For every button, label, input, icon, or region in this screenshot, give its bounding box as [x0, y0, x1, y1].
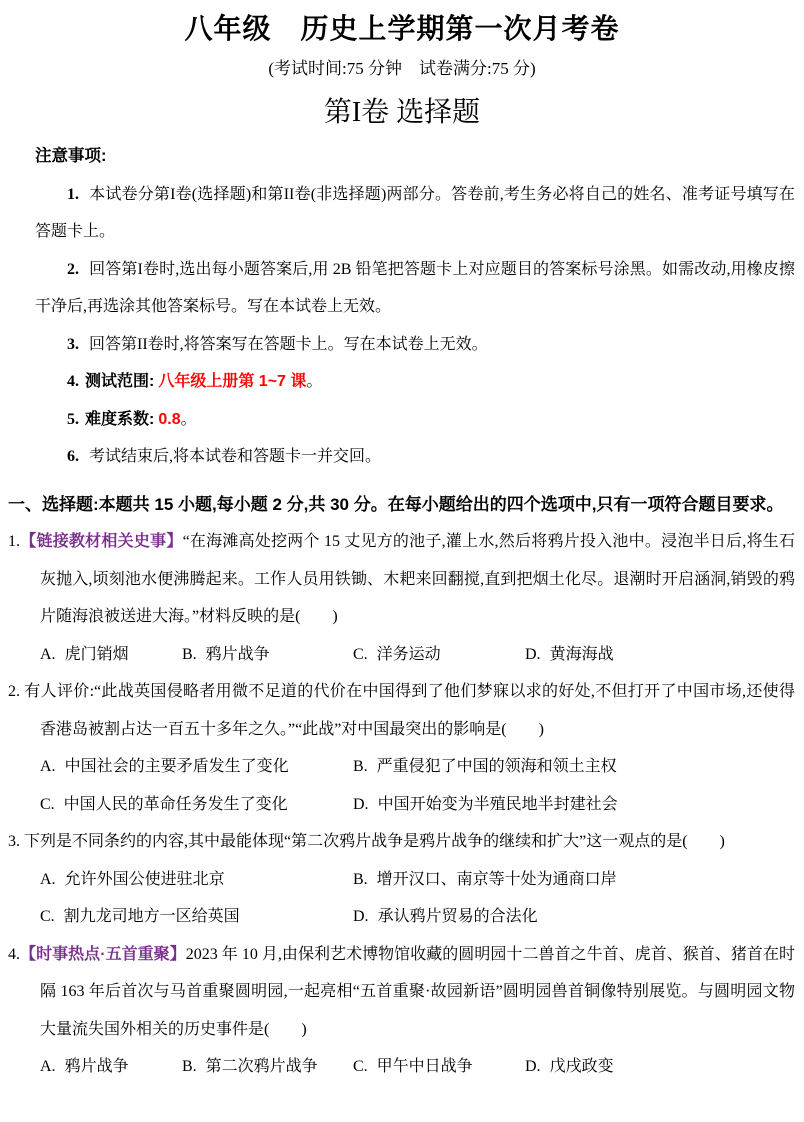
- option-label: A.: [40, 1058, 56, 1075]
- notice-item-6: 6.考试结束后,将本试卷和答题卡一并交回。: [35, 438, 795, 476]
- exam-paper-page: 八年级 历史上学期第一次月考卷 (考试时间:75 分钟 试卷满分:75 分) 第…: [0, 0, 804, 1122]
- notice-number: 2.: [67, 261, 79, 278]
- question-number: 4.: [8, 946, 20, 963]
- option-b: B.第二次鸦片战争: [182, 1048, 353, 1086]
- notice-number: 4.: [67, 373, 79, 390]
- option-text: 中国人民的革命任务发生了变化: [64, 796, 288, 813]
- option-d: D.承认鸦片贸易的合法化: [353, 898, 795, 936]
- option-text: 洋务运动: [377, 646, 441, 663]
- question-number: 1.: [8, 533, 20, 550]
- option-d: D.戊戌政变: [525, 1048, 795, 1086]
- option-label: D.: [525, 646, 541, 663]
- notice-suffix: 。: [181, 411, 197, 428]
- question-3-stem: 3. 下列是不同条约的内容,其中最能体现“第二次鸦片战争是鸦片战争的继续和扩大”…: [8, 823, 795, 861]
- notice-number: 1.: [67, 186, 79, 203]
- notice-item-1: 1.本试卷分第I卷(选择题)和第II卷(非选择题)两部分。答卷前,考生务必将自己…: [35, 176, 795, 251]
- option-text: 黄海海战: [550, 646, 614, 663]
- notice-number: 6.: [67, 448, 79, 465]
- volume-title: 第I卷 选择题: [0, 88, 804, 138]
- paper-title: 八年级 历史上学期第一次月考卷: [0, 0, 804, 50]
- option-d: D.黄海海战: [525, 636, 795, 674]
- option-label: B.: [353, 871, 368, 888]
- question-2-options-row-1: A.中国社会的主要矛盾发生了变化 B.严重侵犯了中国的领海和领土主权: [40, 748, 795, 786]
- question-number: 2.: [8, 683, 20, 700]
- question-3: 3. 下列是不同条约的内容,其中最能体现“第二次鸦片战争是鸦片战争的继续和扩大”…: [8, 823, 795, 936]
- option-label: D.: [353, 908, 369, 925]
- option-text: 鸦片战争: [65, 1058, 129, 1075]
- option-label: A.: [40, 758, 56, 775]
- option-label: D.: [525, 1058, 541, 1075]
- option-text: 承认鸦片贸易的合法化: [378, 908, 538, 925]
- question-3-options-row-2: C.割九龙司地方一区给英国 D.承认鸦片贸易的合法化: [40, 898, 795, 936]
- option-text: 虎门销烟: [65, 646, 129, 663]
- option-label: A.: [40, 871, 56, 888]
- option-b: B.鸦片战争: [182, 636, 353, 674]
- question-1-stem: 1.【链接教材相关史事】“在海滩高处挖两个 15 丈见方的池子,灌上水,然后将鸦…: [8, 523, 795, 636]
- notice-text: 回答第I卷时,选出每小题答案后,用 2B 铅笔把答题卡上对应题目的答案标号涂黑。…: [35, 261, 795, 316]
- option-b: B.严重侵犯了中国的领海和领土主权: [353, 748, 795, 786]
- notice-text: 回答第II卷时,将答案写在答题卡上。写在本试卷上无效。: [89, 336, 488, 353]
- option-label: B.: [182, 646, 197, 663]
- option-c: C.割九龙司地方一区给英国: [40, 898, 353, 936]
- option-text: 甲午中日战争: [377, 1058, 473, 1075]
- question-1-options: A.虎门销烟 B.鸦片战争 C.洋务运动 D.黄海海战: [40, 636, 795, 674]
- notice-label: 难度系数:: [85, 411, 154, 428]
- question-tag: 【时事热点·五首重聚】: [20, 946, 186, 963]
- notice-number: 5.: [67, 411, 79, 428]
- option-text: 中国社会的主要矛盾发生了变化: [65, 758, 289, 775]
- notices-section: 注意事项: 1.本试卷分第I卷(选择题)和第II卷(非选择题)两部分。答卷前,考…: [35, 138, 795, 476]
- notice-item-2: 2.回答第I卷时,选出每小题答案后,用 2B 铅笔把答题卡上对应题目的答案标号涂…: [35, 251, 795, 326]
- option-text: 中国开始变为半殖民地半封建社会: [378, 796, 618, 813]
- option-text: 增开汉口、南京等十处为通商口岸: [377, 871, 617, 888]
- option-text: 割九龙司地方一区给英国: [64, 908, 240, 925]
- section-one-heading: 一、选择题:本题共 15 小题,每小题 2 分,共 30 分。在每小题给出的四个…: [8, 486, 795, 524]
- notices-heading: 注意事项:: [35, 138, 795, 176]
- question-text: 下列是不同条约的内容,其中最能体现“第二次鸦片战争是鸦片战争的继续和扩大”这一观…: [20, 833, 725, 850]
- option-a: A.中国社会的主要矛盾发生了变化: [40, 748, 353, 786]
- option-label: C.: [40, 796, 55, 813]
- notice-red-text: 八年级上册第 1~7 课: [158, 373, 306, 390]
- question-4-stem: 4.【时事热点·五首重聚】2023 年 10 月,由保利艺术博物馆收藏的圆明园十…: [8, 936, 795, 1049]
- option-c: C.甲午中日战争: [353, 1048, 525, 1086]
- option-label: C.: [353, 646, 368, 663]
- option-label: C.: [40, 908, 55, 925]
- notice-item-5: 5.难度系数:0.8。: [35, 401, 795, 439]
- question-2-options-row-2: C.中国人民的革命任务发生了变化 D.中国开始变为半殖民地半封建社会: [40, 786, 795, 824]
- option-text: 严重侵犯了中国的领海和领土主权: [377, 758, 617, 775]
- question-1: 1.【链接教材相关史事】“在海滩高处挖两个 15 丈见方的池子,灌上水,然后将鸦…: [8, 523, 795, 673]
- option-text: 鸦片战争: [206, 646, 270, 663]
- notice-item-4: 4.测试范围:八年级上册第 1~7 课。: [35, 363, 795, 401]
- notice-label: 测试范围:: [85, 373, 154, 390]
- question-4: 4.【时事热点·五首重聚】2023 年 10 月,由保利艺术博物馆收藏的圆明园十…: [8, 936, 795, 1086]
- question-2: 2. 有人评价:“此战英国侵略者用微不足道的代价在中国得到了他们梦寐以求的好处,…: [8, 673, 795, 823]
- option-a: A.鸦片战争: [40, 1048, 182, 1086]
- option-a: A.允许外国公使进驻北京: [40, 861, 353, 899]
- notice-red-text: 0.8: [158, 411, 180, 428]
- option-c: C.洋务运动: [353, 636, 525, 674]
- option-label: B.: [353, 758, 368, 775]
- question-text: 有人评价:“此战英国侵略者用微不足道的代价在中国得到了他们梦寐以求的好处,不但打…: [20, 683, 795, 738]
- option-a: A.虎门销烟: [40, 636, 182, 674]
- notice-text: 考试结束后,将本试卷和答题卡一并交回。: [89, 448, 381, 465]
- option-text: 戊戌政变: [550, 1058, 614, 1075]
- notice-suffix: 。: [306, 373, 322, 390]
- option-d: D.中国开始变为半殖民地半封建社会: [353, 786, 795, 824]
- notice-item-3: 3.回答第II卷时,将答案写在答题卡上。写在本试卷上无效。: [35, 326, 795, 364]
- option-label: C.: [353, 1058, 368, 1075]
- option-c: C.中国人民的革命任务发生了变化: [40, 786, 353, 824]
- option-label: A.: [40, 646, 56, 663]
- option-text: 允许外国公使进驻北京: [65, 871, 225, 888]
- option-label: B.: [182, 1058, 197, 1075]
- question-2-stem: 2. 有人评价:“此战英国侵略者用微不足道的代价在中国得到了他们梦寐以求的好处,…: [8, 673, 795, 748]
- question-4-options: A.鸦片战争 B.第二次鸦片战争 C.甲午中日战争 D.戊戌政变: [40, 1048, 795, 1086]
- notice-number: 3.: [67, 336, 79, 353]
- question-number: 3.: [8, 833, 20, 850]
- paper-body: 注意事项: 1.本试卷分第I卷(选择题)和第II卷(非选择题)两部分。答卷前,考…: [0, 138, 804, 1086]
- option-b: B.增开汉口、南京等十处为通商口岸: [353, 861, 795, 899]
- question-tag: 【链接教材相关史事】: [20, 533, 183, 550]
- option-label: D.: [353, 796, 369, 813]
- paper-subtitle: (考试时间:75 分钟 试卷满分:75 分): [0, 50, 804, 88]
- option-text: 第二次鸦片战争: [206, 1058, 318, 1075]
- notice-text: 本试卷分第I卷(选择题)和第II卷(非选择题)两部分。答卷前,考生务必将自己的姓…: [35, 186, 795, 241]
- question-3-options-row-1: A.允许外国公使进驻北京 B.增开汉口、南京等十处为通商口岸: [40, 861, 795, 899]
